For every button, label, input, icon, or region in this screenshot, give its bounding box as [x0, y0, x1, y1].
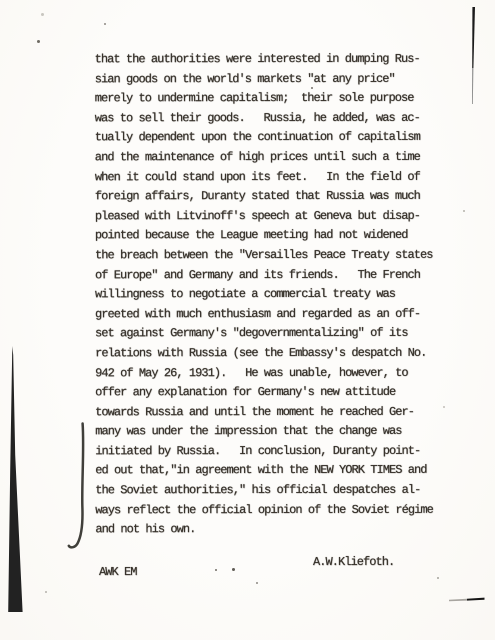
typed-line: sian goods on the world's markets "at an…: [95, 69, 465, 89]
typed-line: relations with Russia (see the Embassy's…: [95, 344, 465, 364]
scan-speck: [215, 569, 217, 571]
typed-line: greeted with much enthusiasm and regarde…: [95, 304, 465, 324]
typed-line: pleased with Litvinoff's speech at Genev…: [95, 206, 465, 226]
scan-speck: [37, 40, 40, 43]
typed-line: merely to undermine capitalism; their so…: [95, 89, 465, 109]
typed-line: the breach between the "Versailles Peace…: [95, 246, 465, 266]
typed-line: was to sell their goods. Russia, he adde…: [95, 109, 465, 129]
typed-line: foreign affairs, Duranty stated that Rus…: [95, 187, 465, 207]
scan-speck: [437, 577, 439, 579]
typed-line: initiated by Russia. In conclusion, Dura…: [95, 442, 465, 462]
scan-speck: [41, 13, 44, 16]
typed-line: ed out that,"in agreement with the NEW Y…: [95, 461, 465, 481]
scan-speck: [232, 568, 235, 571]
typed-line: 942 of May 26, 1931). He was unable, how…: [95, 363, 465, 383]
left-edge-shadow-wedge: [8, 346, 22, 612]
top-right-fold-line: [472, 7, 475, 68]
scan-speck: [45, 591, 47, 593]
document-page: that the authorities were interested in …: [0, 0, 495, 640]
bottom-right-scratch-line-light: [449, 599, 467, 601]
top-right-fold-line-faded: [472, 68, 473, 104]
margin-pen-stroke: [69, 424, 83, 548]
bottom-right-scratch-line-dark: [467, 598, 485, 601]
typed-line: ways reflect the official opinion of the…: [95, 500, 465, 520]
typed-line: that the authorities were interested in …: [95, 50, 465, 70]
typed-line: of Europe" and Germany and its friends. …: [95, 265, 465, 285]
typed-line: willingness to negotiate a commercial tr…: [95, 285, 465, 305]
typed-line: offer any explanation for Germany's new …: [95, 383, 465, 403]
typed-line: and the maintenance of high prices until…: [95, 148, 465, 168]
typed-line: tually dependent upon the continuation o…: [95, 128, 465, 148]
typed-line: many was under the impression that the c…: [95, 422, 465, 442]
typed-line: set against Germany's "degovernmentalizi…: [95, 324, 465, 344]
signature: A.W.Kliefoth.: [313, 553, 394, 573]
typed-line: pointed because the League meeting had n…: [95, 226, 465, 246]
typed-line: the Soviet authorities," his official de…: [95, 481, 465, 501]
typist-initials: AWK EM: [99, 563, 137, 583]
typed-text-block: that the authorities were interested in …: [95, 50, 466, 540]
typed-line: when it could stand upon its feet. In th…: [95, 167, 465, 187]
scan-speck: [104, 23, 106, 25]
typed-line: and not his own.: [95, 520, 465, 540]
typed-line: towards Russia and until the moment he r…: [95, 402, 465, 422]
scan-speck: [256, 582, 258, 584]
